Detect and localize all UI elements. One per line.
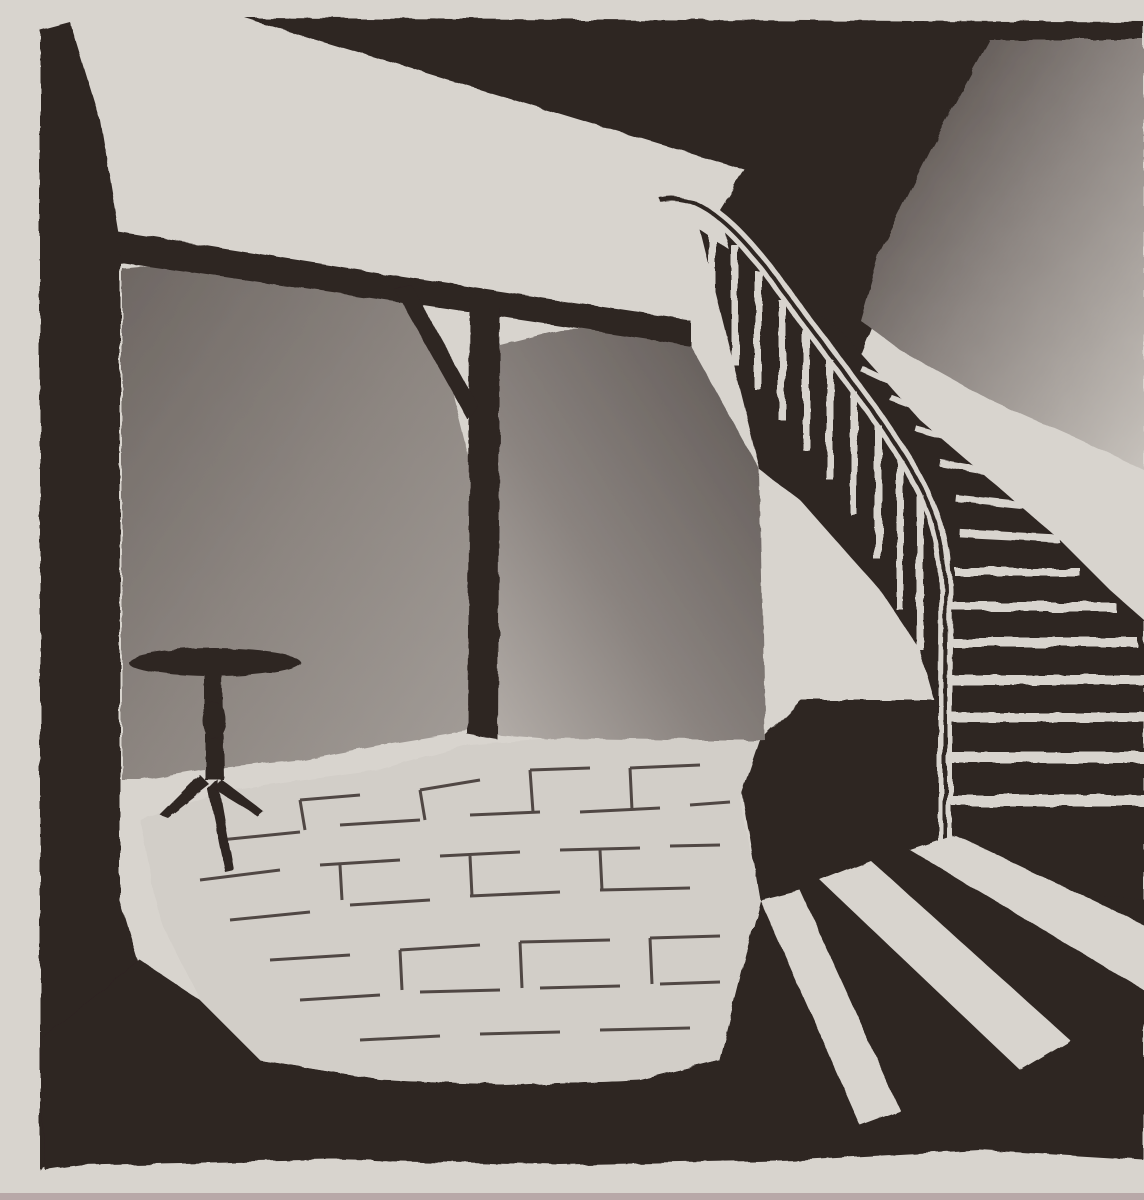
lithograph-artwork	[0, 0, 1144, 1200]
